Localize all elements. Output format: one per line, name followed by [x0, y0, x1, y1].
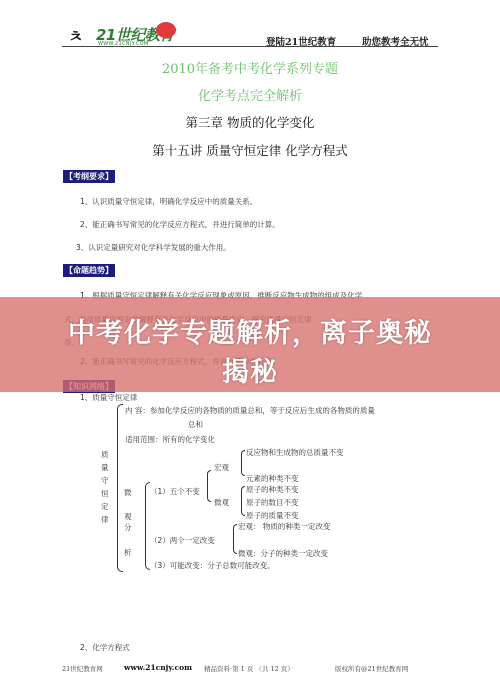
micro-label: 观	[124, 511, 132, 522]
trends-tag: 【命题趋势】	[63, 264, 115, 277]
subtitle: 化学考点完全解析	[0, 85, 500, 104]
header-divider	[62, 46, 438, 47]
lecture-title: 第十五讲 质量守恒定律 化学方程式	[0, 141, 500, 159]
micro-item: 原子的质量不变	[246, 510, 299, 521]
point-2-heading: 2、化学方程式	[80, 642, 130, 653]
micro-item: 原子的种类不变	[246, 484, 299, 495]
site-logo[interactable]: ㅊ 21世纪教育 WWW.21CNJY.COM	[68, 22, 178, 46]
two-changed-brace	[233, 524, 237, 554]
content-definition-cont: 总和	[188, 419, 203, 430]
vertical-label-law: 质 量 守 恒 定 律	[101, 448, 111, 526]
may-change: （3）可能改变：分子总数可能改变。	[150, 560, 275, 571]
chapter-title: 第三章 物质的化学变化	[0, 113, 500, 131]
footer-copyright: 版权所有@21世纪教育网	[335, 664, 408, 673]
macro-label: 宏观	[214, 462, 229, 473]
content-definition: 内 容：参加化学反应的各物质的质量总和，等于反应后生成的各物质的质量	[125, 405, 375, 416]
banner-title-line2: 揭秘	[0, 350, 500, 389]
micro-label: 析	[124, 547, 132, 558]
requirement-item: 3、认识定量研究对化学科学发展的重大作用。	[76, 242, 231, 253]
requirement-item: 1、认识质量守恒定律，明确化学反应中的质量关系。	[80, 196, 257, 207]
footer-site: 21世纪教育网	[62, 664, 103, 673]
footer-url[interactable]: www.21cnjy.com	[124, 663, 192, 672]
title-banner: 中考化学专题解析，离子奥秘 揭秘	[0, 297, 500, 392]
five-unchanged: （1）五个不变	[150, 486, 200, 497]
two-changed: （2）两个一定改变	[150, 535, 215, 546]
micro-label-2: 微观	[214, 497, 229, 508]
macro-item: 反应物和生成物的总质量不变	[246, 447, 344, 458]
footer-page-info: 精品资料·第 1 页 （共 12 页）	[204, 664, 294, 673]
series-title: 2010年备考中考化学系列专题	[0, 58, 500, 77]
scope: 适用范围：所有的化学变化	[125, 434, 215, 445]
five-unchanged-brace	[207, 470, 211, 502]
main-brace	[117, 404, 123, 572]
requirement-item: 2、能正确书写常见的化学反应方程式，并进行简单的计算。	[80, 219, 280, 230]
micro-label: 分	[124, 522, 132, 533]
macro-brace	[241, 450, 245, 476]
requirements-tag: 【考纲要求】	[63, 170, 115, 183]
two-changed-item: 微观：分子的种类一定改变	[238, 548, 328, 559]
two-changed-item: 宏观： 物质的种类一定改变	[238, 521, 330, 532]
micro-label: 微	[124, 487, 132, 498]
macro-item: 元素的种类不变	[246, 473, 299, 484]
micro-brace	[241, 486, 245, 516]
logo-flower-icon	[156, 22, 176, 38]
runner-icon: ㅊ	[68, 24, 83, 47]
micro-item: 原子的数目不变	[246, 497, 299, 508]
point-1-heading: 1、质量守恒定律	[80, 392, 137, 403]
banner-title-line1: 中考化学专题解析，离子奥秘	[0, 311, 500, 350]
